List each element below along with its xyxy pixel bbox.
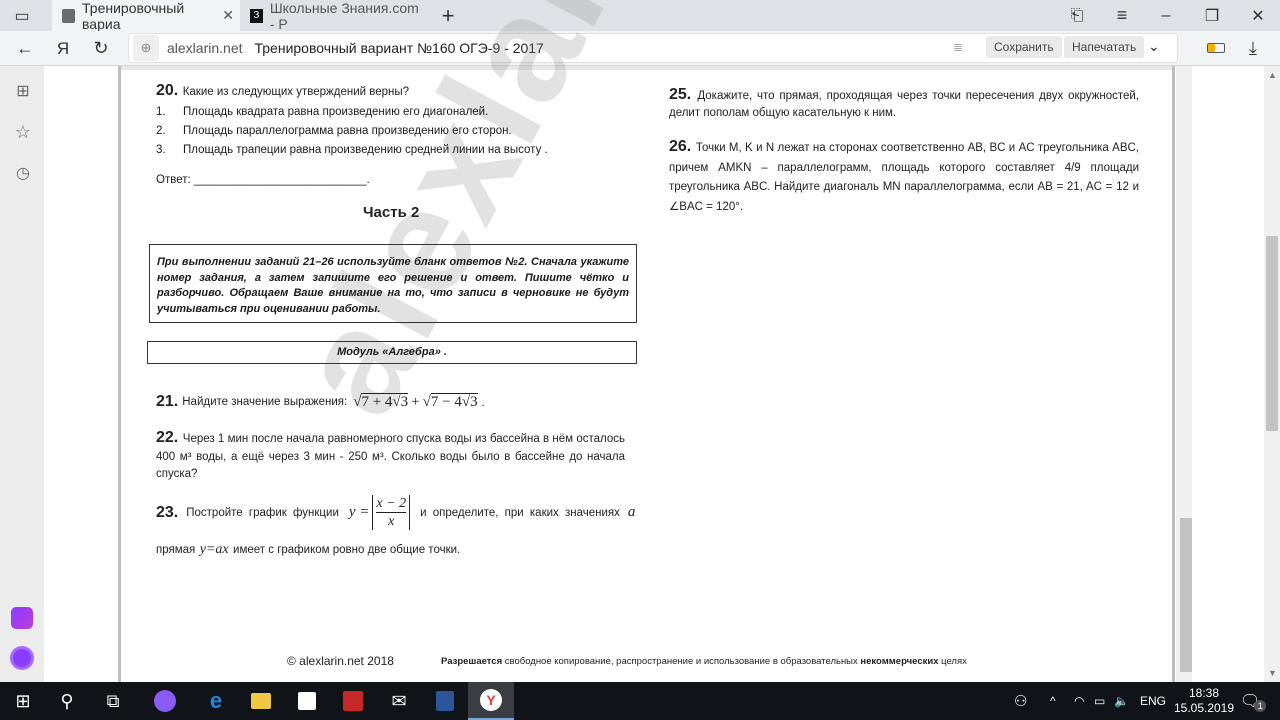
clock-date: 15.05.2019	[1174, 701, 1234, 716]
tabs-panel-icon[interactable]: ▭	[4, 0, 40, 31]
module-algebra-box: Модуль «Алгебра» .	[147, 341, 637, 364]
gift-icon[interactable]	[330, 682, 376, 720]
close-window-icon[interactable]: ✕	[1240, 0, 1276, 31]
yandex-button[interactable]: Я	[46, 31, 80, 66]
page-scrollbar-thumb[interactable]	[1266, 236, 1278, 431]
battery-icon[interactable]: ▭	[1094, 682, 1105, 720]
footer-license: Разрешается свободное копирование, распр…	[441, 656, 967, 667]
reader-mode-icon[interactable]: ≣	[953, 40, 963, 54]
question-number: 21.	[156, 393, 178, 411]
yandex-browser-taskbar-icon[interactable]: Y	[468, 682, 514, 720]
language-indicator[interactable]: ENG	[1140, 682, 1166, 720]
question-number: 20.	[156, 82, 178, 99]
star-icon[interactable]: ☆	[12, 121, 34, 143]
task-view-icon[interactable]: ⧉	[90, 682, 136, 720]
question-number: 22.	[156, 429, 178, 446]
answer-line: Ответ: ___________________________.	[156, 174, 370, 186]
tab-title: Школьные Знания.com - Р	[270, 0, 426, 32]
tab-title: Тренировочный вариа	[82, 0, 216, 32]
chevron-down-icon[interactable]: ⌄	[1148, 38, 1160, 55]
instructions-box: При выполнении заданий 21–26 используйте…	[149, 244, 637, 323]
tab-active[interactable]: Тренировочный вариа ✕	[52, 0, 240, 31]
search-icon[interactable]: ⚲	[44, 682, 90, 720]
menu-icon[interactable]: ≡	[1104, 0, 1140, 31]
question-23-line-2: прямая y=ax имеет с графиком ровно две о…	[156, 540, 460, 558]
list-item: Площадь квадрата равна произведению его …	[183, 106, 488, 118]
question-text: Точки M, K и N лежат на сторонах соответ…	[669, 142, 1139, 213]
minimize-icon[interactable]: –	[1148, 0, 1184, 31]
taskbar: ⊞ ⚲ ⧉ e ✉ Y ⚇ ^ ◠ ▭ 🔈 ENG 18:38 15.05.20…	[0, 682, 1280, 720]
restore-icon[interactable]: ❐	[1194, 0, 1230, 31]
scroll-up-arrow-icon[interactable]: ▲	[1268, 70, 1277, 80]
radical-expression: √7 + 4√3 + √7 − 4√3 .	[353, 393, 484, 411]
question-number: 25.	[669, 86, 691, 103]
list-item: Площадь трапеции равна произведению сред…	[183, 144, 548, 156]
clock[interactable]: 18:38 15.05.2019	[1174, 682, 1234, 720]
volume-icon[interactable]: 🔈	[1114, 682, 1129, 720]
page-left-edge	[118, 66, 121, 682]
question-text: Какие из следующих утверждений верны?	[183, 86, 409, 98]
alice-cards-icon[interactable]	[11, 607, 33, 629]
footer-copyright: © alexlarin.net 2018	[287, 654, 394, 668]
clock-time: 18:38	[1189, 686, 1219, 701]
mail-icon[interactable]: ✉	[376, 682, 422, 720]
notification-count: 1	[1254, 700, 1266, 712]
alice-icon[interactable]	[10, 646, 34, 670]
question-21: 21. Найдите значение выражения: √7 + 4√3…	[156, 393, 485, 411]
alice-taskbar-icon[interactable]	[142, 682, 188, 720]
previous-page-edge	[121, 66, 1172, 70]
downloads-icon[interactable]: ⤓	[1236, 31, 1270, 66]
people-icon[interactable]: ⚇	[1014, 682, 1027, 720]
reload-button[interactable]: ↻	[84, 31, 118, 66]
bookmarks-icon[interactable]: ⎗	[1059, 0, 1095, 31]
question-text: Через 1 мин после начала равномерного сп…	[156, 433, 625, 480]
document-scrollbar-thumb[interactable]	[1180, 518, 1192, 672]
start-windows-icon[interactable]: ⊞	[0, 682, 46, 720]
list-item-number: 3.	[156, 144, 166, 156]
tab-bar: ▭ Тренировочный вариа ✕ З Школьные Знани…	[0, 0, 1280, 31]
store-icon[interactable]	[284, 682, 330, 720]
question-25: 25. Докажите, что прямая, проходящая чер…	[669, 87, 1139, 121]
list-item: Площадь параллелограмма равна произведен…	[183, 125, 512, 137]
wifi-icon[interactable]: ◠	[1074, 682, 1084, 720]
page-right-edge	[1172, 66, 1175, 682]
browser-sidebar: ⊞ ☆ ◷	[0, 66, 44, 682]
question-number: 23.	[156, 504, 178, 522]
znania-favicon-icon: З	[250, 9, 263, 23]
question-number: 26.	[669, 138, 691, 155]
address-page-title: Тренировочный вариант №160 ОГЭ-9 - 2017	[255, 40, 544, 56]
fraction: x − 2 x	[372, 495, 410, 530]
scroll-down-arrow-icon[interactable]: ▼	[1268, 668, 1277, 678]
history-clock-icon[interactable]: ◷	[12, 162, 34, 184]
notifications-icon[interactable]: 🗨1	[1240, 682, 1266, 720]
list-item-number: 1.	[156, 106, 166, 118]
part-2-heading: Часть 2	[363, 204, 419, 221]
back-button[interactable]: ←	[8, 31, 42, 66]
tab-znania[interactable]: З Школьные Знания.com - Р	[246, 0, 426, 31]
edge-browser-icon[interactable]: e	[193, 682, 239, 720]
print-button[interactable]: Напечатать	[1064, 36, 1144, 58]
word-icon[interactable]	[422, 682, 468, 720]
question-22: 22. Через 1 мин после начала равномерног…	[156, 430, 625, 483]
close-tab-icon[interactable]: ✕	[216, 7, 240, 24]
question-26: 26. Точки M, K и N лежат на сторонах соо…	[669, 138, 1139, 216]
question-text: Докажите, что прямая, проходящая через т…	[669, 90, 1139, 119]
alexlarin-favicon-icon	[62, 9, 75, 23]
question-text: Найдите значение выражения:	[182, 396, 347, 408]
file-explorer-icon[interactable]	[238, 682, 284, 720]
nav-bar: ← Я ↻ ⊕ alexlarin.net Тренировочный вари…	[0, 31, 1280, 66]
apps-grid-icon[interactable]: ⊞	[12, 80, 34, 102]
battery-saver-icon[interactable]	[1207, 43, 1225, 53]
question-23: 23. Постройте график функции y = x − 2 x…	[156, 495, 626, 530]
question-20: 20. Какие из следующих утверждений верны…	[156, 82, 409, 100]
address-domain: alexlarin.net	[167, 40, 243, 56]
save-button[interactable]: Сохранить	[986, 36, 1062, 58]
screen: ▭ Тренировочный вариа ✕ З Школьные Знани…	[0, 0, 1280, 720]
new-tab-button[interactable]: +	[430, 0, 466, 31]
show-hidden-icons-chevron-icon[interactable]: ^	[1050, 682, 1056, 720]
globe-icon: ⊕	[133, 35, 159, 61]
list-item-number: 2.	[156, 125, 166, 137]
